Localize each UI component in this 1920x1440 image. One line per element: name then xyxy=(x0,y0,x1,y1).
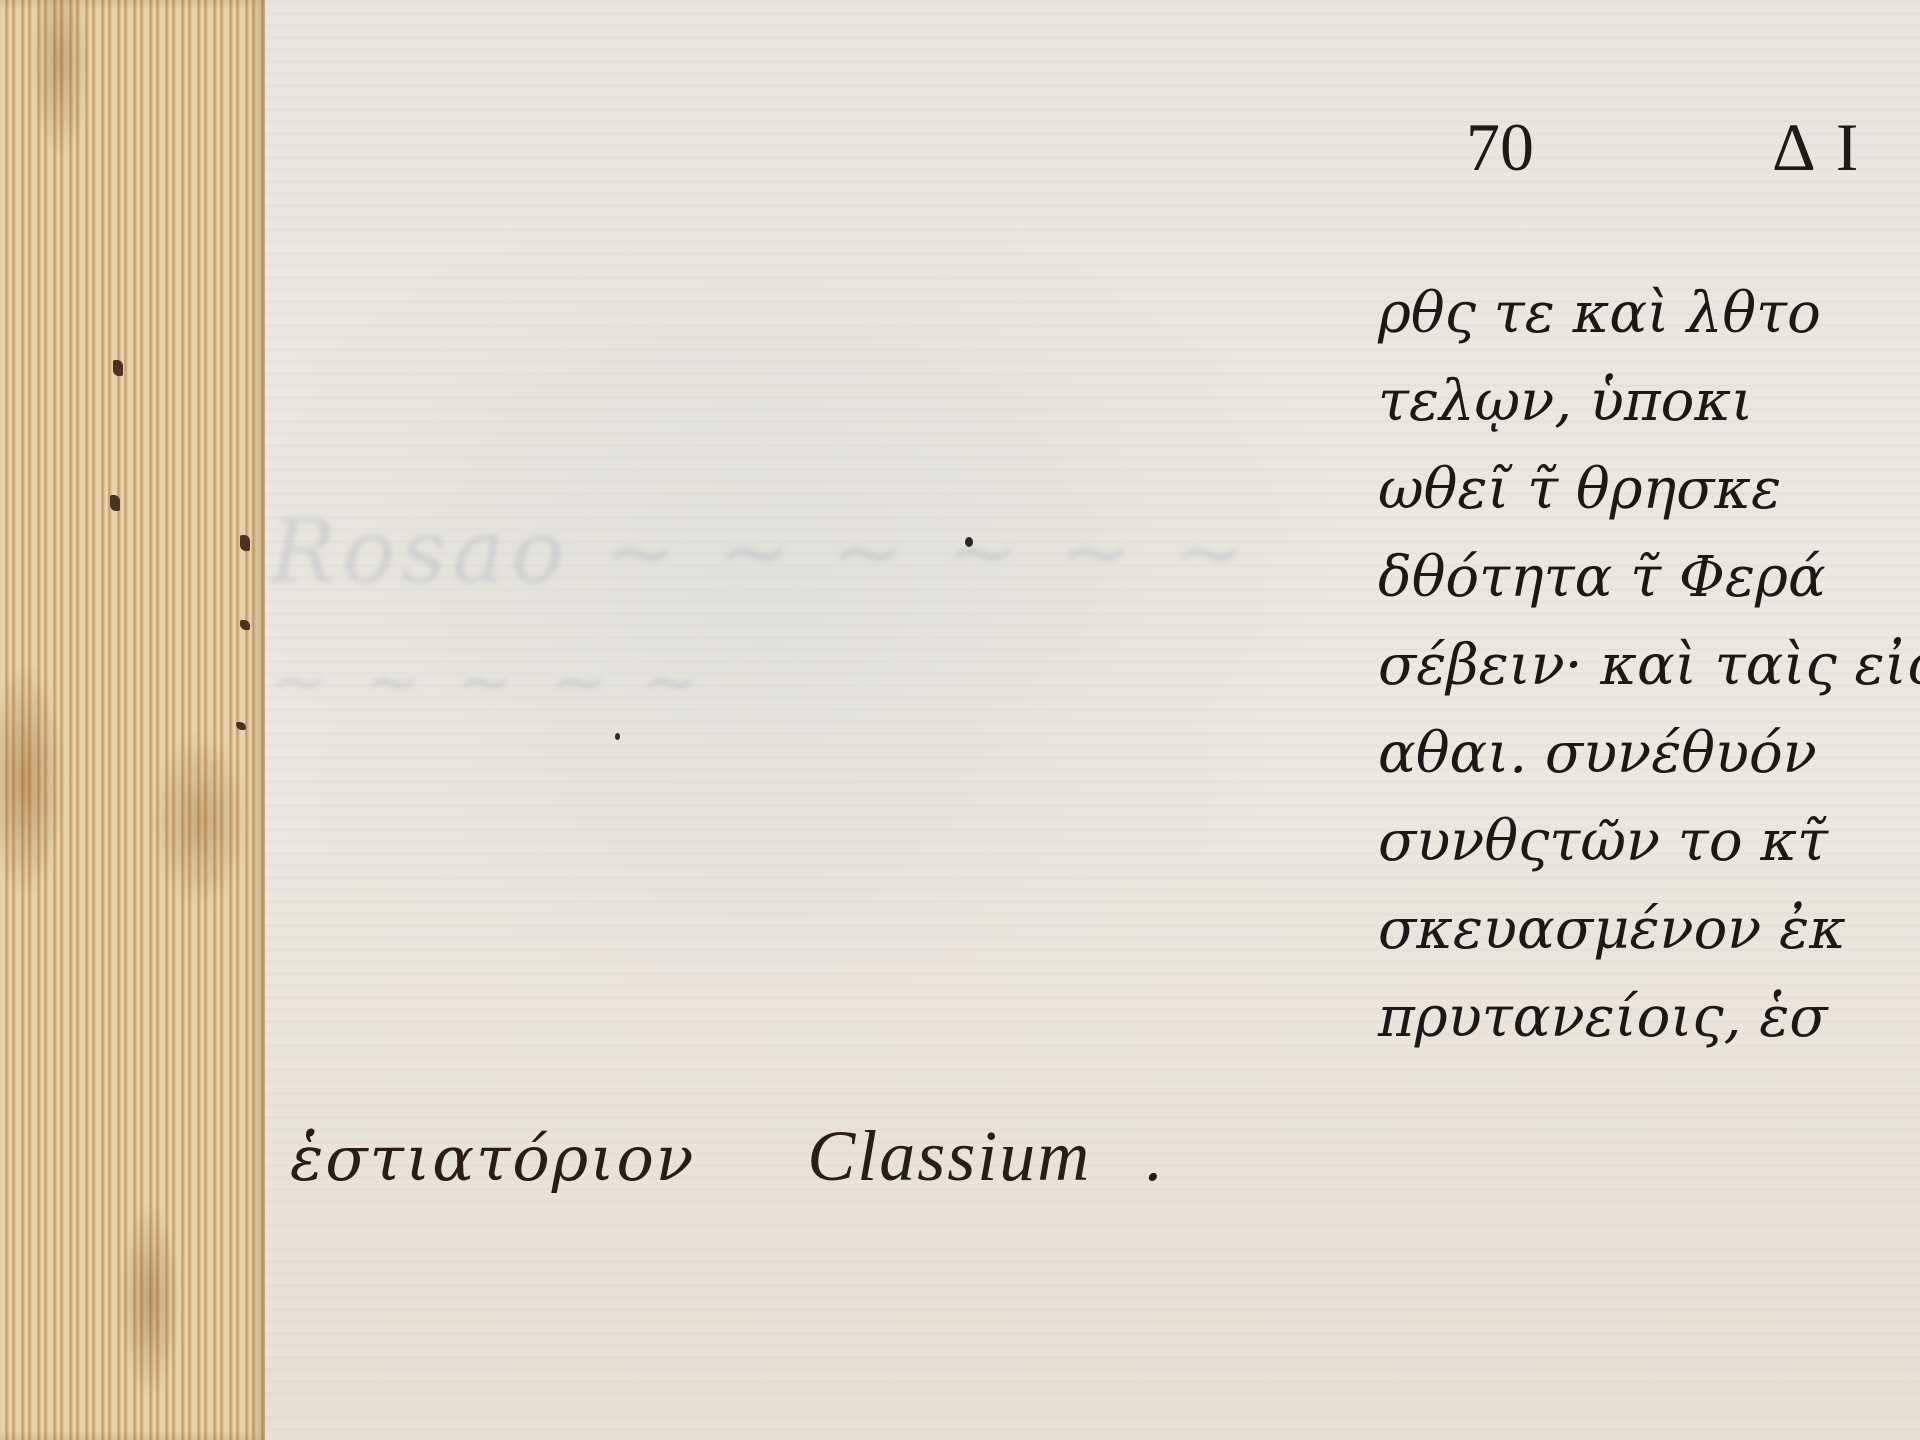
text-line: δθότητα τ̃ Φερά xyxy=(1378,534,1920,622)
running-head: ΔΙ xyxy=(1772,108,1878,187)
text-line: ωθεῖ τ̃ θρησκε xyxy=(1378,446,1920,534)
text-line: πρυτανείοις, ἑσ xyxy=(1378,974,1920,1062)
folio-number: 70 xyxy=(1466,108,1534,187)
ink-spot xyxy=(965,537,973,547)
text-line: ρθς τε καὶ λθτο xyxy=(1378,270,1920,358)
annotation-latin: Classium xyxy=(807,1116,1091,1196)
edge-ink-mark xyxy=(240,620,250,630)
text-line: τελῳν, ὑποκι xyxy=(1378,358,1920,446)
edge-ink-mark xyxy=(110,495,120,511)
bleed-through-text: Rosao ~ ~ ~ ~ ~ ~ xyxy=(270,500,1252,603)
margin-annotation: ἑστιατόριον Classium . xyxy=(290,1115,1165,1198)
ink-spot xyxy=(615,733,620,740)
text-line: αθαι. συνέθυόν xyxy=(1378,710,1920,798)
edge-ink-mark xyxy=(240,535,250,551)
printed-greek-text: ρθς τε καὶ λθτο τελῳν, ὑποκι ωθεῖ τ̃ θρη… xyxy=(1378,270,1920,1062)
annotation-greek: ἑστιατόριον xyxy=(290,1122,695,1195)
edge-ink-mark xyxy=(113,360,123,376)
edge-ink-mark xyxy=(236,722,246,730)
bleed-through-text: ~ ~ ~ ~ ~ xyxy=(270,640,706,722)
text-line: σκευασμένον ἐκ xyxy=(1378,886,1920,974)
annotation-period: . xyxy=(1143,1122,1165,1195)
text-line: συνθςτῶν το κτ̃ xyxy=(1378,798,1920,886)
text-line: σέβειν· καὶ ταὶς εἰς xyxy=(1378,622,1920,710)
page-edges-block xyxy=(0,0,265,1440)
